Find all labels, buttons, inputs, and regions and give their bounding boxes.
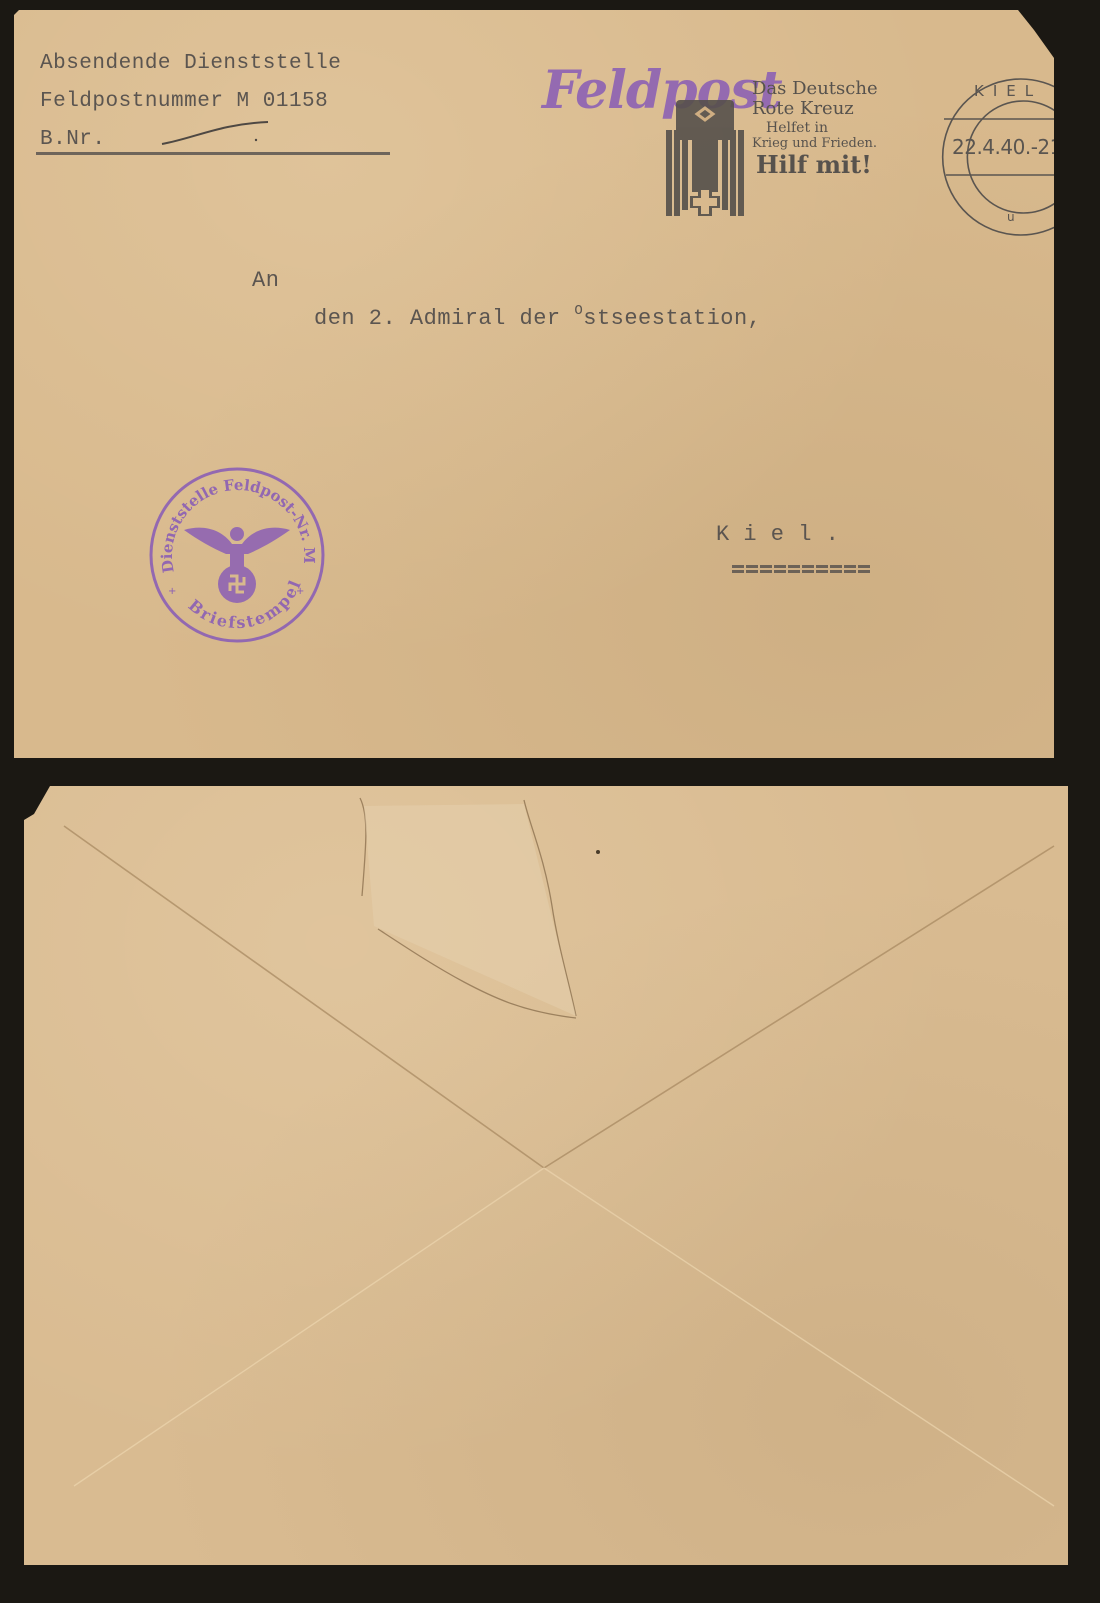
postmark-city: KIEL bbox=[974, 82, 1042, 100]
red-cross-eagle-icon bbox=[662, 100, 748, 218]
recipient-name-suffix: stseestation, bbox=[583, 306, 761, 331]
sender-divider bbox=[36, 152, 390, 155]
envelope-flap-lines-icon bbox=[24, 786, 1068, 1565]
city-double-underline bbox=[732, 565, 870, 574]
slogan-line-2: Rote Kreuz bbox=[752, 100, 912, 118]
recipient-salutation: An bbox=[252, 268, 279, 293]
sender-line-2: Feldpostnummer M 01158 bbox=[40, 90, 328, 113]
slogan-line-5: Hilf mit! bbox=[752, 153, 912, 177]
slogan-line-4: Krieg und Frieden. bbox=[752, 137, 912, 150]
recipient-city: K i e l . bbox=[716, 522, 839, 547]
slogan-line-3: Helfet in bbox=[752, 121, 912, 135]
svg-text:+: + bbox=[296, 586, 304, 597]
envelope-back bbox=[24, 786, 1068, 1565]
sender-line-1: Absendende Dienststelle bbox=[40, 52, 341, 75]
postmark-date: 22.4.40.-21 bbox=[952, 135, 1062, 159]
recipient-name-sup: O bbox=[574, 303, 583, 319]
signature-stroke-icon bbox=[160, 118, 270, 148]
sender-line-3: B.Nr. bbox=[40, 128, 106, 151]
recipient-name: den 2. Admiral der Ostseestation, bbox=[314, 306, 761, 331]
svg-text:+: + bbox=[168, 586, 176, 597]
slogan-line-1: Das Deutsche bbox=[752, 80, 912, 98]
recipient-name-prefix: den 2. Admiral der bbox=[314, 306, 574, 331]
service-seal-stamp: Dienststelle Feldpost-Nr. M 01158 Briefs… bbox=[144, 462, 330, 648]
drk-slogan: Das Deutsche Rote Kreuz Helfet in Krieg … bbox=[752, 80, 912, 177]
envelope-front: Absendende Dienststelle Feldpostnummer M… bbox=[14, 10, 1054, 758]
postmark-code: u bbox=[1007, 210, 1015, 224]
